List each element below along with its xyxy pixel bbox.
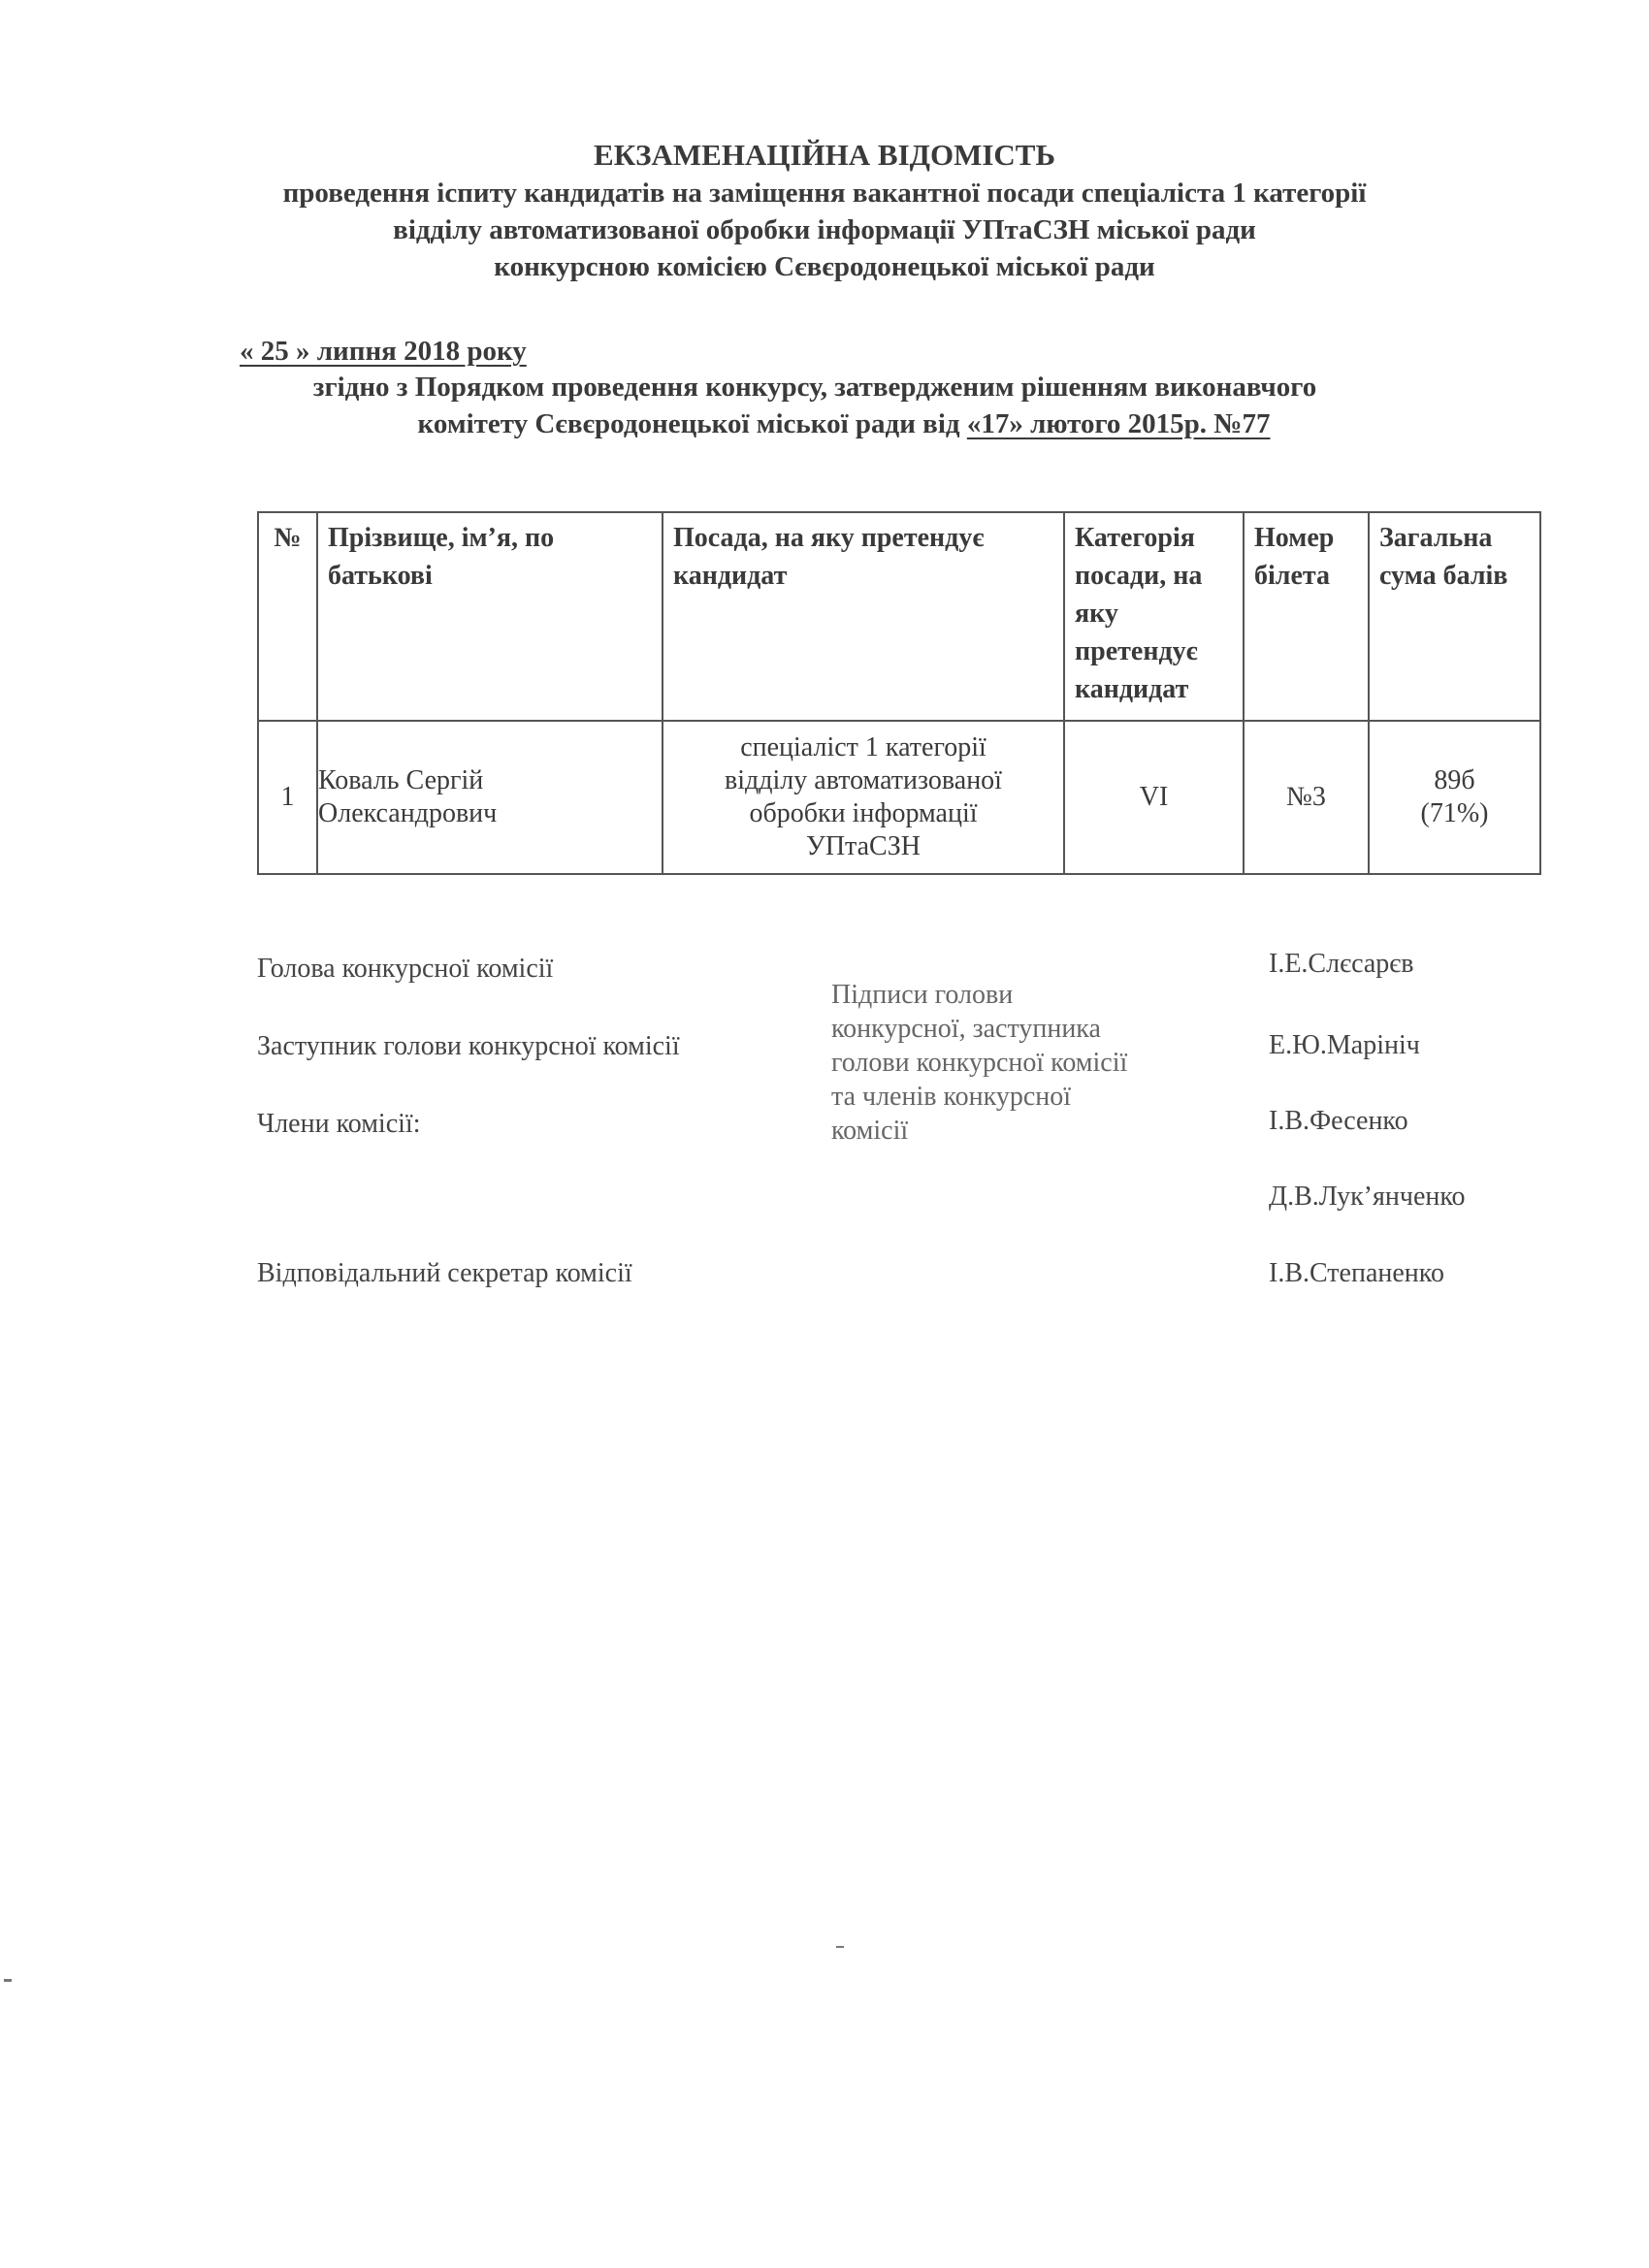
- score-percent: (71%): [1370, 797, 1539, 830]
- basis-line-2: комітету Сєвєродонецької міської ради ві…: [0, 405, 1571, 442]
- label-deputy: Заступник голови конкурсної комісії: [257, 1031, 680, 1062]
- header-ticket: Номер білета: [1244, 512, 1369, 721]
- header-total-score: Загальна сума балів: [1369, 512, 1540, 721]
- header-position: Посада, на яку претендує кандидат: [663, 512, 1064, 721]
- position-line-2: відділу автоматизованої: [663, 764, 1063, 797]
- header-number: №: [258, 512, 317, 721]
- header-full-name: Прізвище, ім’я, по батькові: [317, 512, 663, 721]
- decision-reference: «17» лютого 2015р. №77: [967, 408, 1271, 439]
- cell-full-name: Коваль Сергій Олександрович: [317, 721, 663, 874]
- position-line-4: УПтаСЗН: [663, 830, 1063, 863]
- position-line-1: спеціаліст 1 категорії: [663, 731, 1063, 764]
- basis-line-1: згідно з Порядком проведення конкурсу, з…: [0, 369, 1571, 405]
- cell-total-score: 89б (71%): [1369, 721, 1540, 874]
- note-line: комісії: [831, 1114, 1239, 1148]
- label-secretary: Відповідальний секретар комісії: [257, 1258, 632, 1289]
- note-line: голови конкурсної комісії: [831, 1046, 1239, 1080]
- scan-mark: [4, 1979, 12, 1982]
- document-title: ЕКЗАМЕНАЦІЙНА ВІДОМІСТЬ: [0, 136, 1649, 175]
- name-line-2: Олександрович: [318, 797, 662, 830]
- score-points: 89б: [1370, 764, 1539, 797]
- table-header-row: № Прізвище, ім’я, по батькові Посада, на…: [258, 512, 1540, 721]
- table-row: 1 Коваль Сергій Олександрович спеціаліст…: [258, 721, 1540, 874]
- cell-ticket: №3: [1244, 721, 1369, 874]
- subtitle-line-2: відділу автоматизованої обробки інформац…: [0, 211, 1649, 248]
- subtitle-line-3: конкурсною комісією Сєвєродонецької місь…: [0, 248, 1649, 285]
- name-secretary: І.В.Степаненко: [1269, 1258, 1444, 1289]
- name-deputy: Е.Ю.Марініч: [1269, 1030, 1420, 1061]
- name-member-2: Д.В.Лук’янченко: [1269, 1182, 1466, 1213]
- basis-line-2-prefix: комітету Сєвєродонецької міської ради ві…: [418, 408, 967, 439]
- scan-mark: [836, 1946, 844, 1948]
- note-line: Підписи голови: [831, 978, 1239, 1012]
- exam-date: « 25 » липня 2018 року: [240, 336, 527, 368]
- name-line-1: Коваль Сергій: [318, 764, 662, 797]
- header-category: Категорія посади, на яку претендує канди…: [1064, 512, 1244, 721]
- legal-basis: згідно з Порядком проведення конкурсу, з…: [0, 369, 1571, 442]
- cell-category: VI: [1064, 721, 1244, 874]
- label-members: Члени комісії:: [257, 1109, 420, 1140]
- signatures-note: Підписи голови конкурсної, заступника го…: [831, 978, 1239, 1148]
- label-chair: Голова конкурсної комісії: [257, 954, 553, 985]
- name-chair: І.Е.Слєсарєв: [1269, 949, 1414, 980]
- subtitle-line-1: проведення іспиту кандидатів на заміщенн…: [0, 175, 1649, 211]
- cell-number: 1: [258, 721, 317, 874]
- note-line: конкурсної, заступника: [831, 1012, 1239, 1046]
- name-member-1: І.В.Фесенко: [1269, 1106, 1408, 1137]
- exam-results-table: № Прізвище, ім’я, по батькові Посада, на…: [257, 511, 1541, 875]
- position-line-3: обробки інформації: [663, 797, 1063, 830]
- document-header: ЕКЗАМЕНАЦІЙНА ВІДОМІСТЬ проведення іспит…: [0, 136, 1649, 285]
- note-line: та членів конкурсної: [831, 1080, 1239, 1114]
- cell-position: спеціаліст 1 категорії відділу автоматиз…: [663, 721, 1064, 874]
